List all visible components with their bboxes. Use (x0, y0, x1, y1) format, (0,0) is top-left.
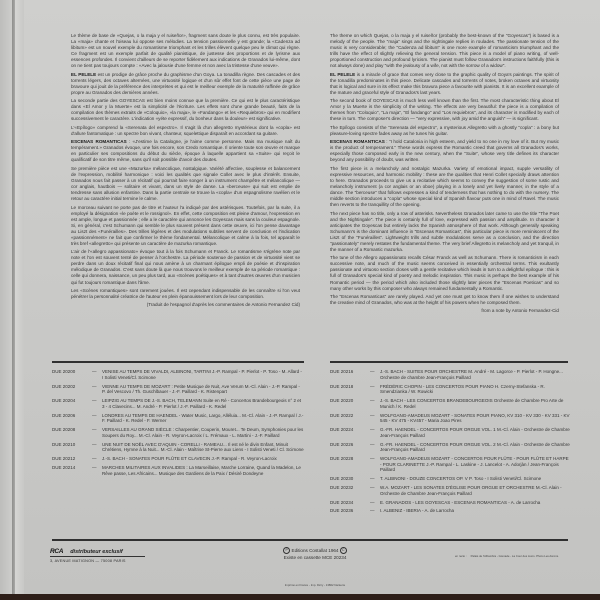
liner-notes-french: Le thème de base de «Quejas, o la maja y… (71, 33, 300, 311)
catalog-performers: - A. de Larrocha (508, 500, 540, 505)
catalog-number: DUE 20214 (52, 465, 92, 476)
notes-paragraph: The theme on which Quejas, o la maja y e… (330, 33, 559, 69)
catalog-description: Wolfgang-Amadeus Mozart - Concertos pour… (380, 456, 570, 473)
edition-block: P Editions Costallat 1964 C Existe en ca… (250, 547, 380, 561)
catalog-entry: DUE 20224—G.-Fr. Haendel - Concertos pou… (330, 427, 570, 438)
catalog-title: G.-Fr. Haendel - Concertos pour orgue Vo… (380, 427, 497, 432)
cover-credit-text: Palais de l'Alhambra - Grenade - La Cour… (471, 554, 561, 558)
catalog-title: J.-S. Bach - Sonates pour flûte et clave… (102, 456, 212, 461)
catalog-entry: DUE 20236—I. Albeniz - Iberia - A. de La… (330, 508, 570, 514)
spine-fold (15, 0, 24, 594)
catalog-entry: DUE 20214—Marches militaires aux Invalid… (52, 465, 304, 476)
dash-separator: — (370, 476, 380, 482)
catalog-description: Leipzig au temps de J.-S. Bach, Telemann… (102, 398, 304, 409)
catalog-title: E. Granados - Les Goyescas - Escenas Rom… (380, 500, 508, 505)
notes-paragraph: EL PELELE is a miracle of grace that com… (330, 72, 559, 96)
notes-paragraph: Les «Scènes romantiques» sont rarement j… (71, 288, 300, 300)
catalog-number: DUE 20226 (330, 442, 370, 453)
dash-separator: — (370, 384, 380, 395)
catalog-entry: DUE 20228—Wolfgang-Amadeus Mozart - Conc… (330, 456, 570, 473)
catalog-number: DUE 20206 (52, 413, 92, 424)
distributor-address: 3, AVENUE MATIGNON — 75008 PARIS (50, 559, 145, 563)
catalog-number: DUE 20200 (52, 369, 92, 380)
catalog-entry: DUE 20206—Londres au temps de Haendel - … (52, 413, 304, 424)
notes-paragraph: ESCENAS ROMANTICAS : "I hold Catalonia i… (330, 139, 559, 163)
catalog-title: Londres au temps de Haendel (102, 413, 179, 418)
table-surface (0, 594, 600, 600)
dash-separator: — (370, 427, 380, 438)
catalog-description: Londres au temps de Haendel - Water Musi… (102, 413, 304, 424)
distributor-block: RCA distributeur exclusif 3, AVENUE MATI… (50, 548, 145, 563)
notes-paragraph: The next piece has no title, only a row … (330, 211, 559, 253)
cover-label: en recto : (455, 554, 467, 558)
notes-paragraph: L'«Epílogo» comprend la «Serenata del es… (71, 125, 300, 137)
catalog-description: W.A. Mozart - Les sonates d'église pour … (380, 485, 570, 496)
notes-paragraph: The Epílogo consists of the "Serenata de… (330, 125, 559, 137)
paragraph-lead: EL PELELE (71, 72, 96, 77)
printer-credit: Imprimé en France - Imp. Dicry - 13802 N… (260, 583, 370, 587)
catalog-number: DUE 20210 (52, 442, 92, 453)
catalog-description: E. Granados - Les Goyescas - Escenas Rom… (380, 500, 570, 506)
catalog-entry: DUE 20222—Wolfgang-Amadeus Mozart - Sona… (330, 413, 570, 424)
catalog-number: DUE 20232 (330, 485, 370, 496)
notes-paragraph: The tune of the Allegro appassionato rec… (330, 255, 559, 291)
catalog-title: Venise au temps de Vivaldi, Albinoni, Ta… (102, 369, 212, 374)
catalog-description: Venise au temps de Vivaldi, Albinoni, Ta… (102, 369, 304, 380)
paragraph-lead: EL PELELE (330, 72, 355, 77)
catalog-title: T. Albinoni - Douze concertos op. V (380, 476, 469, 481)
catalog-entry: DUE 20204—Leipzig au temps de J.-S. Bach… (52, 398, 304, 409)
catalog-title: W.A. Mozart - Les sonates d'église pour … (380, 485, 536, 490)
phonogram-icon: P (283, 547, 290, 554)
notes-credit: from a note by Antonio Fernandez-Cid (330, 308, 559, 314)
catalog-number: DUE 20220 (330, 398, 370, 409)
catalog-description: Vienne au temps de Mozart : Petite Musiq… (102, 384, 304, 395)
catalog-entry: DUE 20210—Une nuit de Noël avec d'Aquin … (52, 442, 304, 453)
catalog-description: Une nuit de Noël avec d'Aquin - Corelli … (102, 442, 304, 453)
dash-separator: — (370, 413, 380, 424)
catalog-description: I. Albeniz - Iberia - A. de Larrocha (380, 508, 570, 514)
notes-paragraph: The "Escenas Romanticas" are rarely play… (330, 294, 559, 306)
catalog-entry: DUE 20216—J.-S. Bach - Suites pour orche… (330, 369, 570, 380)
catalog-number: DUE 20222 (330, 413, 370, 424)
notes-credit: (Traduit de l'espagnol d'après les comme… (71, 302, 300, 308)
dash-separator: — (92, 384, 102, 395)
dash-separator: — (370, 456, 380, 473)
catalog-number: DUE 20224 (330, 427, 370, 438)
catalog-description: G.-Fr. Haendel - Concertos pour orgue Vo… (380, 427, 570, 438)
catalog-description: Marches militaires aux Invalides : La Ma… (102, 465, 304, 476)
catalog-number: DUE 20202 (52, 384, 92, 395)
sleeve-edge (0, 0, 12, 594)
divider-catalog-left (52, 361, 304, 363)
dash-separator: — (92, 427, 102, 438)
dash-separator: — (92, 465, 102, 476)
dash-separator: — (92, 456, 102, 462)
album-back-cover: Le thème de base de «Quejas, o la maja y… (0, 0, 600, 594)
notes-paragraph: Le morceau suivant ne porte pas de titre… (71, 205, 300, 247)
catalog-performers: - Maria Joao Pires (425, 418, 462, 423)
catalog-description: J.-S. Bach - Suites pour orchestre M. An… (380, 369, 570, 380)
catalog-performers: P. Toso - I Solisti Veneti/Cl. Scimone (469, 476, 541, 481)
divider-catalog-right (330, 361, 568, 363)
distributor-label: distributeur exclusif (70, 549, 123, 555)
catalog-entry: DUE 20226—G.-Fr. Haendel - Concertos pou… (330, 442, 570, 453)
dash-separator: — (92, 442, 102, 453)
dash-separator: — (92, 413, 102, 424)
catalog-title: Wolfgang-Amadeus Mozart - Sonates pour p… (380, 413, 570, 424)
catalog-number: DUE 20236 (330, 508, 370, 514)
notes-paragraph: Se première pièce est une «Mazurka» méla… (71, 166, 300, 202)
catalog-entry: DUE 20220—J.-S. Bach - Les concertos bra… (330, 398, 570, 409)
dash-separator: — (370, 369, 380, 380)
catalog-entry: DUE 20200—Venise au temps de Vivaldi, Al… (52, 369, 304, 380)
catalog-title: Versailles au grand siècle (102, 427, 173, 432)
catalog-number: DUE 20216 (330, 369, 370, 380)
catalog-entry: DUE 20232—W.A. Mozart - Les sonates d'ég… (330, 485, 570, 496)
copyright-icon: C (340, 547, 347, 554)
catalog-number: DUE 20212 (52, 456, 92, 462)
notes-paragraph: ESCENAS ROMANTICAS : «J'estime la Catalo… (71, 139, 300, 163)
catalog-entry: DUE 20218—Frédéric Chopin - Les concerto… (330, 384, 570, 395)
divider-footer (52, 539, 568, 541)
catalog-title: Frédéric Chopin - Les concertos pour pia… (380, 384, 495, 389)
catalog-entry: DUE 20234—E. Granados - Les Goyescas - E… (330, 500, 570, 506)
catalog-number: DUE 20218 (330, 384, 370, 395)
dash-separator: — (370, 398, 380, 409)
catalog-title: Vienne au temps de Mozart (102, 384, 172, 389)
catalog-entry: DUE 20212—J.-S. Bach - Sonates pour flût… (52, 456, 304, 462)
catalog-entry: DUE 20230—T. Albinoni - Douze concertos … (330, 476, 570, 482)
catalog-performers: J.-P. Rampal - R. Veyron-Lacroix (212, 456, 277, 461)
liner-notes-english: The theme on which Quejas, o la maja y e… (330, 33, 559, 317)
dash-separator: — (370, 442, 380, 453)
rca-logo: RCA (50, 548, 63, 555)
catalog-title: Marches militaires aux Invalides (102, 465, 186, 470)
dash-separator: — (370, 508, 380, 514)
catalog-title: Une nuit de Noël avec d'Aquin - Corelli … (102, 442, 228, 447)
catalog-title: Leipzig au temps de J.-S. Bach, Telemann (102, 398, 203, 403)
paragraph-lead: ESCENAS ROMANTICAS (71, 139, 127, 144)
catalog-number: DUE 20204 (52, 398, 92, 409)
catalog-list-left: DUE 20200—Venise au temps de Vivaldi, Al… (52, 369, 304, 479)
notes-paragraph: EL PELELE est un prodige de grâce proche… (71, 72, 300, 96)
paragraph-lead: ESCENAS ROMANTICAS (330, 139, 385, 144)
catalog-title: J.-S. Bach - Les concertos brandebourgeo… (380, 398, 494, 403)
edition-text: Editions Costallat 1964 (292, 548, 339, 553)
notes-paragraph: The second book of GOYESCAS is much less… (330, 98, 559, 122)
catalog-description: Frédéric Chopin - Les concertos pour pia… (380, 384, 570, 395)
dash-separator: — (92, 369, 102, 380)
notes-paragraph: Le thème de base de «Quejas, o la maja y… (71, 33, 300, 69)
catalog-number: DUE 20208 (52, 427, 92, 438)
catalog-number: DUE 20230 (330, 476, 370, 482)
catalog-entry: DUE 20202—Vienne au temps de Mozart : Pe… (52, 384, 304, 395)
catalog-list-right: DUE 20216—J.-S. Bach - Suites pour orche… (330, 369, 570, 517)
catalog-performers: - A. de Larrocha (422, 508, 454, 513)
catalog-description: J.-S. Bach - Les concertos brandebourgeo… (380, 398, 570, 409)
catalog-number: DUE 20228 (330, 456, 370, 473)
dash-separator: — (370, 500, 380, 506)
catalog-description: Wolfgang-Amadeus Mozart - Sonates pour p… (380, 413, 570, 424)
cover-photo-credit: en recto : Palais de l'Alhambra - Grenad… (455, 554, 561, 558)
notes-paragraph: L'air de l'«allegro appassionato» évoque… (71, 249, 300, 285)
catalog-description: G.-Fr. Haendel - Concertos pour orgue Vo… (380, 442, 570, 453)
catalog-description: T. Albinoni - Douze concertos op. V P. T… (380, 476, 570, 482)
catalog-title: G.-Fr. Haendel - Concertos pour orgue Vo… (380, 442, 497, 447)
catalog-title: J.-S. Bach - Suites pour orchestre (380, 369, 468, 374)
catalog-number: DUE 20234 (330, 500, 370, 506)
notes-paragraph: La seconde partie des GOYESCAS est bien … (71, 98, 300, 122)
catalog-description: Versailles au grand siècle : Charpentier… (102, 427, 304, 438)
catalog-title: I. Albeniz - Iberia (380, 508, 422, 513)
catalog-description: J.-S. Bach - Sonates pour flûte et clave… (102, 456, 304, 462)
dash-separator: — (370, 485, 380, 496)
dash-separator: — (92, 398, 102, 409)
cassette-text: Existe en cassette MCE 20234 (250, 554, 380, 561)
notes-paragraph: The first piece is a melancholy and nost… (330, 166, 559, 208)
catalog-entry: DUE 20208—Versailles au grand siècle : C… (52, 427, 304, 438)
